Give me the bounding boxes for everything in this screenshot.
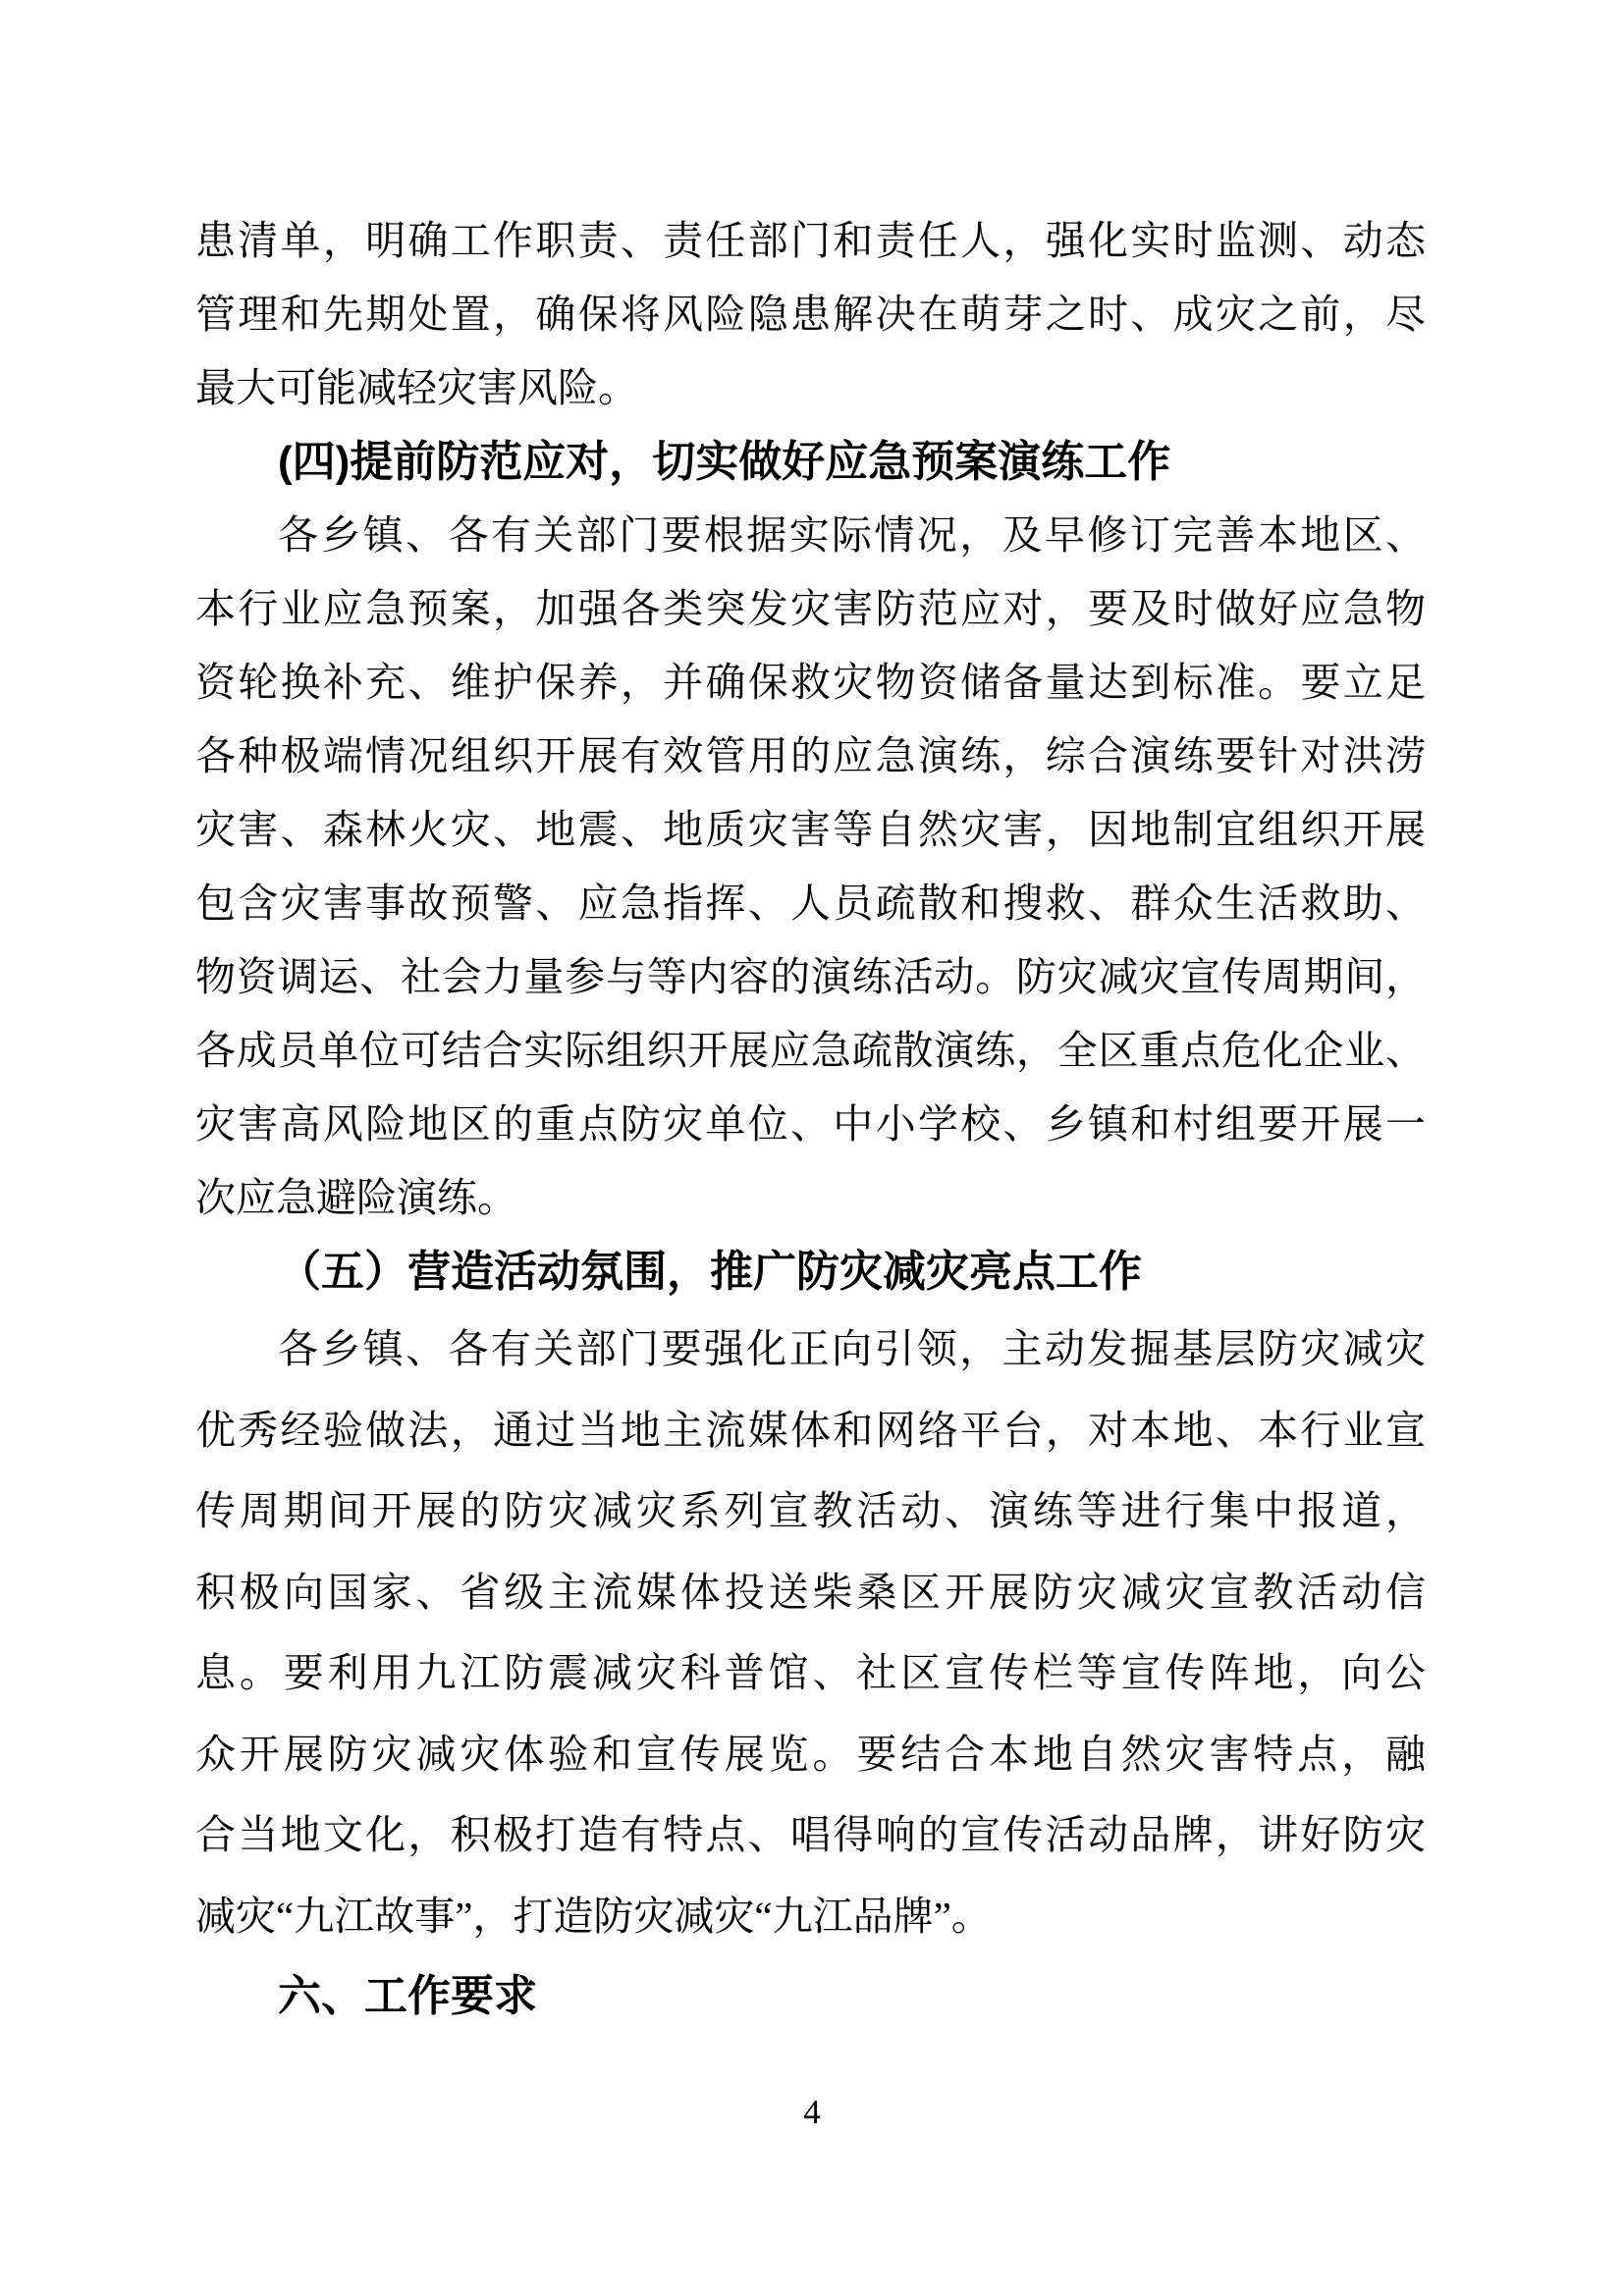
text-line: 各乡镇、各有关部门要强化正向引领，主动发掘基层防灾减灾 bbox=[195, 1308, 1426, 1390]
text-line: 包含灾害事故预警、应急指挥、人员疏散和搜救、群众生活救助、 bbox=[195, 867, 1426, 940]
text-line: 合当地文化，积极打造有特点、唱得响的宣传活动品牌，讲好防灾 bbox=[195, 1794, 1426, 1876]
text-line: 众开展防灾减灾体验和宣传展览。要结合本地自然灾害特点，融 bbox=[195, 1714, 1426, 1795]
text-line: 各乡镇、各有关部门要根据实际情况，及早修订完善本地区、 bbox=[195, 499, 1426, 572]
text-line: 各种极端情况组织开展有效管用的应急演练，综合演练要针对洪涝 bbox=[195, 720, 1426, 793]
section-heading: （五）营造活动氛围，推广防灾减灾亮点工作 bbox=[195, 1235, 1426, 1308]
text-line: 积极向国家、省级主流媒体投送柴桑区开展防灾减灾宣教活动信 bbox=[195, 1552, 1426, 1633]
body-paragraph: 患清单，明确工作职责、责任部门和责任人，强化实时监测、动态管理和先期处置，确保将… bbox=[195, 204, 1426, 425]
heading-line: （五）营造活动氛围，推广防灾减灾亮点工作 bbox=[195, 1235, 1426, 1308]
text-section-2: 各乡镇、各有关部门要强化正向引领，主动发掘基层防灾减灾优秀经验做法，通过当地主流… bbox=[195, 1308, 1426, 2038]
section-heading: 六、工作要求 bbox=[195, 1956, 1426, 2038]
text-line: 次应急避险演练。 bbox=[195, 1161, 1426, 1235]
text-line: 息。要利用九江防震减灾科普馆、社区宣传栏等宣传阵地，向公 bbox=[195, 1632, 1426, 1714]
heading-line: (四)提前防范应对，切实做好应急预案演练工作 bbox=[195, 425, 1426, 499]
page-number: 4 bbox=[0, 2093, 1624, 2132]
text-line: 管理和先期处置，确保将风险隐患解决在萌芽之时、成灾之前，尽 bbox=[195, 278, 1426, 351]
section-heading: (四)提前防范应对，切实做好应急预案演练工作 bbox=[195, 425, 1426, 499]
text-line: 资轮换补充、维护保养，并确保救灾物资储备量达到标准。要立足 bbox=[195, 646, 1426, 720]
text-line: 灾害高风险地区的重点防灾单位、中小学校、乡镇和村组要开展一 bbox=[195, 1088, 1426, 1161]
heading-line: 六、工作要求 bbox=[195, 1956, 1426, 2038]
text-line: 物资调运、社会力量参与等内容的演练活动。防灾减灾宣传周期间， bbox=[195, 940, 1426, 1014]
text-column: 患清单，明确工作职责、责任部门和责任人，强化实时监测、动态管理和先期处置，确保将… bbox=[195, 204, 1426, 2038]
text-section-1: 患清单，明确工作职责、责任部门和责任人，强化实时监测、动态管理和先期处置，确保将… bbox=[195, 204, 1426, 1308]
text-line: 各成员单位可结合实际组织开展应急疏散演练，全区重点危化企业、 bbox=[195, 1014, 1426, 1088]
text-line: 传周期间开展的防灾减灾系列宣教活动、演练等进行集中报道， bbox=[195, 1470, 1426, 1552]
body-paragraph: 各乡镇、各有关部门要根据实际情况，及早修订完善本地区、本行业应急预案，加强各类突… bbox=[195, 499, 1426, 1235]
text-line: 灾害、森林火灾、地震、地质灾害等自然灾害，因地制宜组织开展 bbox=[195, 793, 1426, 867]
body-paragraph: 各乡镇、各有关部门要强化正向引领，主动发掘基层防灾减灾优秀经验做法，通过当地主流… bbox=[195, 1308, 1426, 1956]
document-page: 患清单，明确工作职责、责任部门和责任人，强化实时监测、动态管理和先期处置，确保将… bbox=[0, 0, 1624, 2296]
text-line: 优秀经验做法，通过当地主流媒体和网络平台，对本地、本行业宣 bbox=[195, 1390, 1426, 1471]
text-line: 本行业应急预案，加强各类突发灾害防范应对，要及时做好应急物 bbox=[195, 572, 1426, 646]
text-line: 患清单，明确工作职责、责任部门和责任人，强化实时监测、动态 bbox=[195, 204, 1426, 278]
text-line: 最大可能减轻灾害风险。 bbox=[195, 351, 1426, 425]
text-line: 减灾“九江故事”，打造防灾减灾“九江品牌”。 bbox=[195, 1876, 1426, 1957]
